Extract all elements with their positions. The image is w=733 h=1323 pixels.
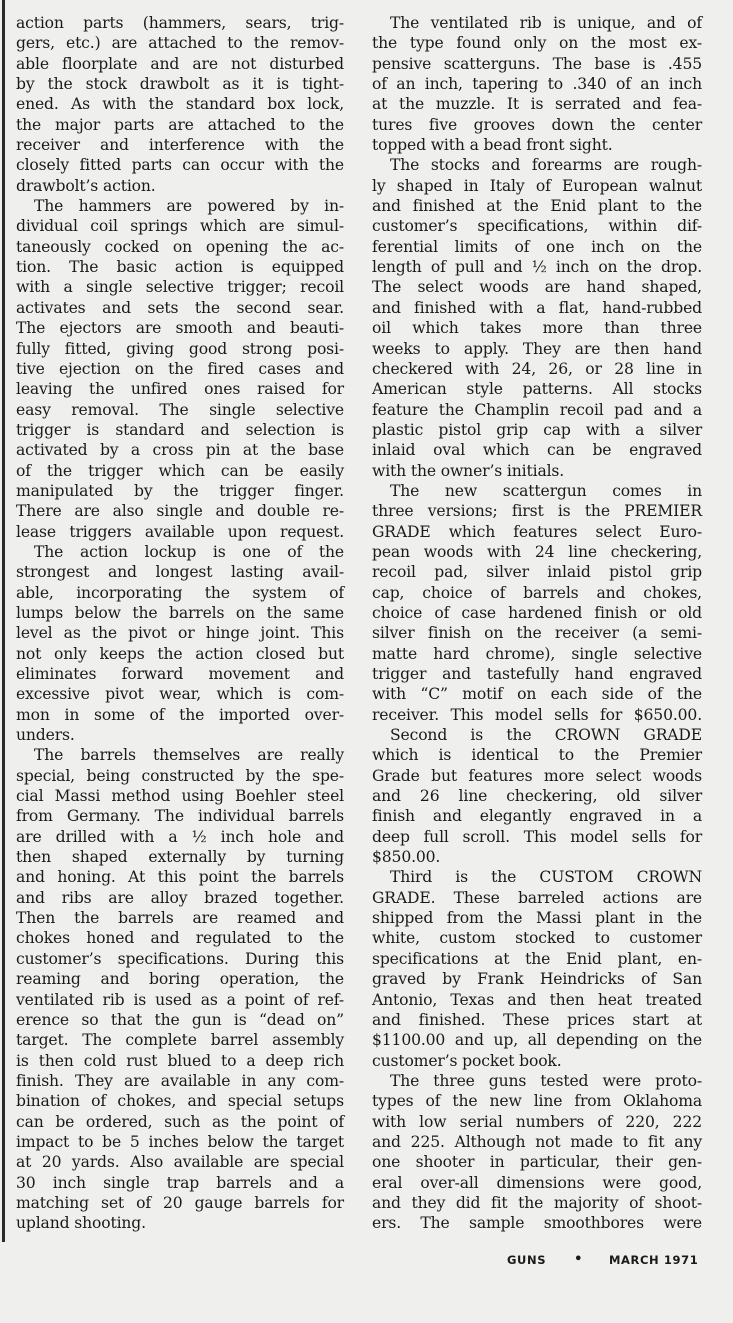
text-line: mon in some of the imported over- xyxy=(16,705,344,725)
text-line: The barrels themselves are really xyxy=(16,745,344,765)
text-line: Then the barrels are reamed and xyxy=(16,908,344,928)
text-line: at the muzzle. It is serrated and fea- xyxy=(372,94,702,114)
text-line: ferential limits of one inch on the xyxy=(372,237,702,257)
text-line: and they did fit the majority of shoot- xyxy=(372,1193,702,1213)
text-line: topped with a bead front sight. xyxy=(372,135,702,155)
text-line: $1100.00 and up, all depending on the xyxy=(372,1030,702,1050)
text-line: customer’s pocket book. xyxy=(372,1051,702,1071)
text-line: finish. They are available in any com- xyxy=(16,1071,344,1091)
page-footer: GUNS • MARCH 1971 xyxy=(507,1252,698,1267)
page-border-rule xyxy=(2,0,5,1242)
text-line: the type found only on the most ex- xyxy=(372,33,702,53)
text-line: dividual coil springs which are simul- xyxy=(16,216,344,236)
text-line: cap, choice of barrels and chokes, xyxy=(372,583,702,603)
text-line: gers, etc.) are attached to the remov- xyxy=(16,33,344,53)
text-line: unders. xyxy=(16,725,344,745)
text-line: tion. The basic action is equipped xyxy=(16,257,344,277)
text-line: at 20 yards. Also available are special xyxy=(16,1152,344,1172)
text-line: shipped from the Massi plant in the xyxy=(372,908,702,928)
text-line: is then cold rust blued to a deep rich xyxy=(16,1051,344,1071)
text-line: The stocks and forearms are rough- xyxy=(372,155,702,175)
text-line: types of the new line from Oklahoma xyxy=(372,1091,702,1111)
text-line: with “C” motif on each side of the xyxy=(372,684,702,704)
text-line: strongest and longest lasting avail- xyxy=(16,562,344,582)
text-line: and finished at the Enid plant to the xyxy=(372,196,702,216)
text-line: ly shaped in Italy of European walnut xyxy=(372,176,702,196)
footer-issue-date: MARCH 1971 xyxy=(609,1253,698,1267)
text-line: lease triggers available upon request. xyxy=(16,522,344,542)
text-line: and 26 line checkering, old silver xyxy=(372,786,702,806)
text-line: GRADE which features select Euro- xyxy=(372,522,702,542)
text-line: bination of chokes, and special setups xyxy=(16,1091,344,1111)
text-line: The ejectors are smooth and beauti- xyxy=(16,318,344,338)
text-line: American style patterns. All stocks xyxy=(372,379,702,399)
text-line: choice of case hardened finish or old xyxy=(372,603,702,623)
text-line: one shooter in particular, their gen- xyxy=(372,1152,702,1172)
text-line: receiver. This model sells for $650.00. xyxy=(372,705,702,725)
text-line: Antonio, Texas and then heat treated xyxy=(372,990,702,1010)
text-line: three versions; first is the PREMIER xyxy=(372,501,702,521)
text-line: The three guns tested were proto- xyxy=(372,1071,702,1091)
text-line: eral over-all dimensions were good, xyxy=(372,1173,702,1193)
text-line: not only keeps the action closed but xyxy=(16,644,344,664)
footer-publication: GUNS xyxy=(507,1253,546,1267)
text-line: matte hard chrome), single selective xyxy=(372,644,702,664)
text-line: level as the pivot or hinge joint. This xyxy=(16,623,344,643)
text-line: oil which takes more than three xyxy=(372,318,702,338)
text-line: ers. The sample smoothbores were xyxy=(372,1213,702,1233)
text-line: are drilled with a ½ inch hole and xyxy=(16,827,344,847)
text-line: finish and elegantly engraved in a xyxy=(372,806,702,826)
text-line: plastic pistol grip cap with a silver xyxy=(372,420,702,440)
text-line: customer’s specifications, within dif- xyxy=(372,216,702,236)
text-line: action parts (hammers, sears, trig- xyxy=(16,13,344,33)
text-line: reaming and boring operation, the xyxy=(16,969,344,989)
text-line: upland shooting. xyxy=(16,1213,344,1233)
text-line: and finished with a flat, hand-rubbed xyxy=(372,298,702,318)
left-text-column: action parts (hammers, sears, trig-gers,… xyxy=(16,13,344,1234)
text-line: specifications at the Enid plant, en- xyxy=(372,949,702,969)
text-line: activates and sets the second sear. xyxy=(16,298,344,318)
text-line: closely fitted parts can occur with the xyxy=(16,155,344,175)
text-line: customer’s specifications. During this xyxy=(16,949,344,969)
text-line: and ribs are alloy brazed together. xyxy=(16,888,344,908)
text-line: erence so that the gun is “dead on” xyxy=(16,1010,344,1030)
text-line: and finished. These prices start at xyxy=(372,1010,702,1030)
text-line: with low serial numbers of 220, 222 xyxy=(372,1112,702,1132)
text-line: which is identical to the Premier xyxy=(372,745,702,765)
text-line: tive ejection on the fired cases and xyxy=(16,359,344,379)
text-line: with the owner’s initials. xyxy=(372,461,702,481)
text-line: excessive pivot wear, which is com- xyxy=(16,684,344,704)
text-line: weeks to apply. They are then hand xyxy=(372,339,702,359)
text-line: leaving the unfired ones raised for xyxy=(16,379,344,399)
text-line: then shaped externally by turning xyxy=(16,847,344,867)
text-line: taneously cocked on opening the ac- xyxy=(16,237,344,257)
text-line: The action lockup is one of the xyxy=(16,542,344,562)
text-line: of an inch, tapering to .340 of an inch xyxy=(372,74,702,94)
text-line: by the stock drawbolt as it is tight- xyxy=(16,74,344,94)
text-line: trigger is standard and selection is xyxy=(16,420,344,440)
text-line: the major parts are attached to the xyxy=(16,115,344,135)
text-line: able, incorporating the system of xyxy=(16,583,344,603)
text-line: inlaid oval which can be engraved xyxy=(372,440,702,460)
text-line: checkered with 24, 26, or 28 line in xyxy=(372,359,702,379)
text-line: can be ordered, such as the point of xyxy=(16,1112,344,1132)
text-line: tures five grooves down the center xyxy=(372,115,702,135)
text-line: $850.00. xyxy=(372,847,702,867)
text-line: drawbolt’s action. xyxy=(16,176,344,196)
text-line: and 225. Although not made to fit any xyxy=(372,1132,702,1152)
text-line: deep full scroll. This model sells for xyxy=(372,827,702,847)
text-line: white, custom stocked to customer xyxy=(372,928,702,948)
text-line: 30 inch single trap barrels and a xyxy=(16,1173,344,1193)
text-line: Third is the CUSTOM CROWN xyxy=(372,867,702,887)
text-line: recoil pad, silver inlaid pistol grip xyxy=(372,562,702,582)
text-line: matching set of 20 gauge barrels for xyxy=(16,1193,344,1213)
text-line: eliminates forward movement and xyxy=(16,664,344,684)
text-line: There are also single and double re- xyxy=(16,501,344,521)
text-line: special, being constructed by the spe- xyxy=(16,766,344,786)
text-line: silver finish on the receiver (a semi- xyxy=(372,623,702,643)
footer-bullet-icon: • xyxy=(574,1252,583,1267)
text-line: target. The complete barrel assembly xyxy=(16,1030,344,1050)
text-line: cial Massi method using Boehler steel xyxy=(16,786,344,806)
text-line: length of pull and ½ inch on the drop. xyxy=(372,257,702,277)
text-line: of the trigger which can be easily xyxy=(16,461,344,481)
text-line: GRADE. These barreled actions are xyxy=(372,888,702,908)
right-text-column: The ventilated rib is unique, and ofthe … xyxy=(372,13,702,1234)
text-line: activated by a cross pin at the base xyxy=(16,440,344,460)
text-line: trigger and tastefully hand engraved xyxy=(372,664,702,684)
text-line: with a single selective trigger; recoil xyxy=(16,277,344,297)
text-line: manipulated by the trigger finger. xyxy=(16,481,344,501)
text-line: feature the Champlin recoil pad and a xyxy=(372,400,702,420)
text-line: Grade but features more select woods xyxy=(372,766,702,786)
text-line: impact to be 5 inches below the target xyxy=(16,1132,344,1152)
text-line: ened. As with the standard box lock, xyxy=(16,94,344,114)
text-line: graved by Frank Heindricks of San xyxy=(372,969,702,989)
text-line: pean woods with 24 line checkering, xyxy=(372,542,702,562)
text-line: chokes honed and regulated to the xyxy=(16,928,344,948)
text-line: easy removal. The single selective xyxy=(16,400,344,420)
text-line: ventilated rib is used as a point of ref… xyxy=(16,990,344,1010)
text-line: The select woods are hand shaped, xyxy=(372,277,702,297)
text-line: lumps below the barrels on the same xyxy=(16,603,344,623)
text-line: The hammers are powered by in- xyxy=(16,196,344,216)
text-line: receiver and interference with the xyxy=(16,135,344,155)
text-line: The new scattergun comes in xyxy=(372,481,702,501)
text-line: and honing. At this point the barrels xyxy=(16,867,344,887)
text-line: pensive scatterguns. The base is .455 xyxy=(372,54,702,74)
text-line: Second is the CROWN GRADE xyxy=(372,725,702,745)
text-line: fully fitted, giving good strong posi- xyxy=(16,339,344,359)
text-line: The ventilated rib is unique, and of xyxy=(372,13,702,33)
text-line: from Germany. The individual barrels xyxy=(16,806,344,826)
text-line: able floorplate and are not disturbed xyxy=(16,54,344,74)
